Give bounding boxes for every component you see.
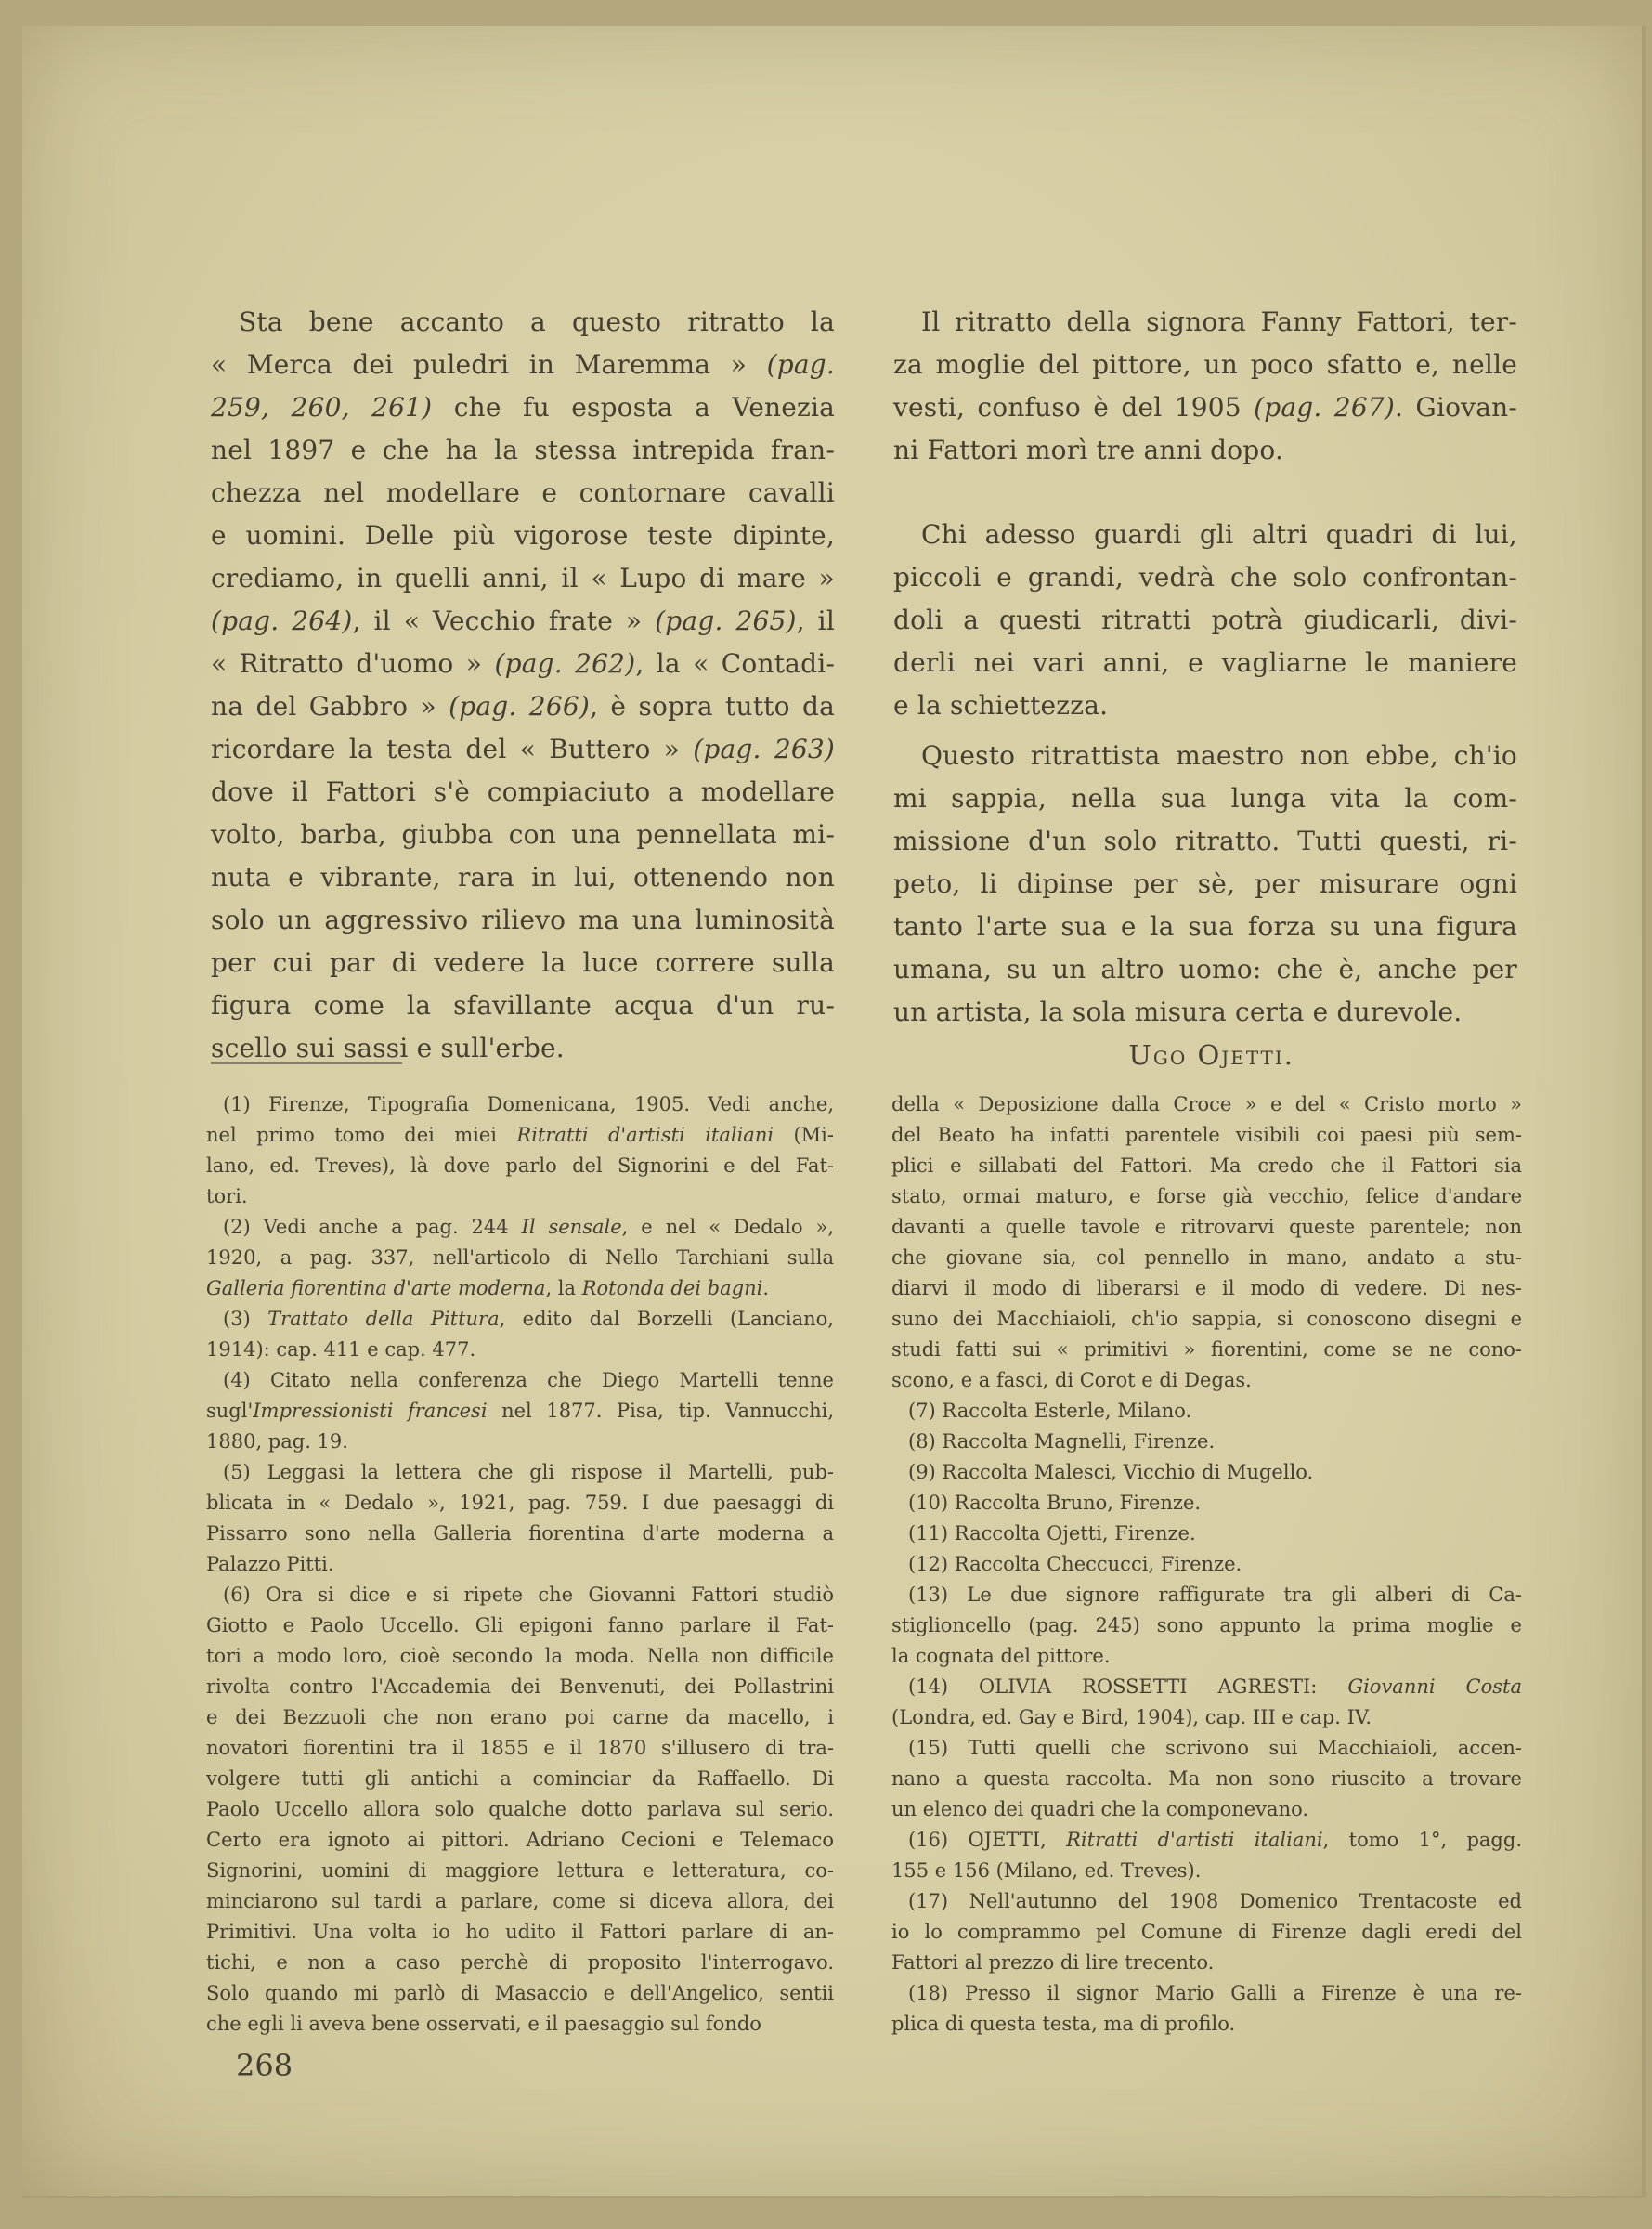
paragraph: Sta bene accanto a questo ritratto la« M… [211,301,835,1070]
scanned-book-page: { "page_number": "268", "colors": { "pap… [0,0,1652,2229]
text-line: peto, li dipinse per sè, per misurare og… [893,863,1517,906]
text-line: novatori fiorentini tra il 1855 e il 187… [206,1733,834,1764]
text-line: volto, barba, giubba con una pennellata … [211,814,835,856]
paragraph: (3) Trattato della Pittura, edito dal Bo… [206,1304,834,1365]
paragraph: Chi adesso guardi gli altri quadri di lu… [893,514,1517,727]
paragraph: (1) Firenze, Tipografia Domenicana, 1905… [206,1089,834,1212]
text-line: la cognata del pittore. [891,1641,1522,1672]
paragraph: della « Deposizione dalla Croce » e del … [891,1089,1522,1396]
text-line: lano, ed. Treves), là dove parlo del Sig… [206,1151,834,1181]
text-line: tori. [206,1181,834,1212]
text-line: « Ritratto d'uomo » (pag. 262), la « Con… [211,643,835,685]
left-column-footnotes: (1) Firenze, Tipografia Domenicana, 1905… [206,1089,834,2040]
text-line: del Beato ha infatti parentele visibili … [891,1120,1522,1151]
text-line: un elenco dei quadri che la componevano. [891,1794,1522,1825]
text-line: Sta bene accanto a questo ritratto la [211,301,835,344]
text-line: 1914): cap. 411 e cap. 477. [206,1335,834,1365]
text-line: Pissarro sono nella Galleria fiorentina … [206,1519,834,1549]
text-line: tichi, e non a caso perchè di proposito … [206,1948,834,1978]
text-line: Paolo Uccello allora solo qualche dotto … [206,1794,834,1825]
author-signature: Ugo Ojetti. [893,1034,1517,1076]
text-line: ricordare la testa del « Buttero » (pag.… [211,728,835,771]
text-line: (6) Ora si dice e si ripete che Giovanni… [206,1580,834,1610]
text-line: rivolta contro l'Accademia dei Benvenuti… [206,1672,834,1702]
text-line: (pag. 264), il « Vecchio frate » (pag. 2… [211,600,835,643]
text-line: nano a questa raccolta. Ma non sono rius… [891,1764,1522,1794]
paragraph: (17) Nell'autunno del 1908 Domenico Tren… [891,1886,1522,1978]
text-line: (3) Trattato della Pittura, edito dal Bo… [206,1304,834,1335]
text-line: chezza nel modellare e contornare cavall… [211,472,835,515]
paragraph: (10) Raccolta Bruno, Firenze. [891,1488,1522,1519]
text-line: diarvi il modo di liberarsi e il modo di… [891,1273,1522,1304]
text-line: per cui par di vedere la luce correre su… [211,942,835,984]
text-line: figura come la sfavillante acqua d'un ru… [211,984,835,1027]
text-line: della « Deposizione dalla Croce » e del … [891,1089,1522,1120]
text-line: davanti a quelle tavole e ritrovarvi que… [891,1212,1522,1243]
text-line: « Merca dei puledri in Maremma » (pag. [211,344,835,386]
text-line: tanto l'arte sua e la sua forza su una f… [893,906,1517,948]
text-line: umana, su un altro uomo: che è, anche pe… [893,948,1517,991]
text-line: na del Gabbro » (pag. 266), è sopra tutt… [211,685,835,728]
text-line: Questo ritrattista maestro non ebbe, ch'… [893,735,1517,777]
text-line: un artista, la sola misura certa e durev… [893,991,1517,1034]
text-line: solo un aggressivo rilievo ma una lumino… [211,899,835,942]
text-line: (9) Raccolta Malesci, Vicchio di Mugello… [891,1457,1522,1488]
text-line: tori a modo loro, cioè secondo la moda. … [206,1641,834,1672]
text-line: scono, e a fasci, di Corot e di Degas. [891,1365,1522,1396]
text-line: (17) Nell'autunno del 1908 Domenico Tren… [891,1886,1522,1917]
text-line: ni Fattori morì tre anni dopo. [893,429,1517,472]
text-line: (1) Firenze, Tipografia Domenicana, 1905… [206,1089,834,1120]
page-paper: Sta bene accanto a questo ritratto la« M… [22,26,1646,2198]
text-line: (7) Raccolta Esterle, Milano. [891,1396,1522,1427]
paragraph: (15) Tutti quelli che scrivono sui Macch… [891,1733,1522,1825]
text-line: Signorini, uomini di maggiore lettura e … [206,1856,834,1886]
text-line: crediamo, in quelli anni, il « Lupo di m… [211,557,835,600]
text-line: Palazzo Pitti. [206,1549,834,1580]
paragraph: (13) Le due signore raffigurate tra gli … [891,1580,1522,1672]
text-line: plica di questa testa, ma di profilo. [891,2009,1522,2040]
paragraph: (14) OLIVIA ROSSETTI AGRESTI: Giovanni C… [891,1672,1522,1733]
text-line: (5) Leggasi la lettera che gli rispose i… [206,1457,834,1488]
text-line: Galleria fiorentina d'arte moderna, la R… [206,1273,834,1304]
text-line: Certo era ignoto ai pittori. Adriano Cec… [206,1825,834,1856]
text-line: stato, ormai maturo, e forse già vecchio… [891,1181,1522,1212]
text-line: che egli li aveva bene osservati, e il p… [206,2009,834,2040]
text-line: (18) Presso il signor Mario Galli a Fire… [891,1978,1522,2009]
text-line: za moglie del pittore, un poco sfatto e,… [893,344,1517,386]
paragraph: (5) Leggasi la lettera che gli rispose i… [206,1457,834,1580]
text-line: e la schiettezza. [893,684,1517,727]
text-line: Chi adesso guardi gli altri quadri di lu… [893,514,1517,556]
text-line: (2) Vedi anche a pag. 244 Il sensale, e … [206,1212,834,1243]
text-line: (11) Raccolta Ojetti, Firenze. [891,1519,1522,1549]
text-line: Primitivi. Una volta io ho udito il Fatt… [206,1917,834,1948]
paragraph: (8) Raccolta Magnelli, Firenze. [891,1427,1522,1457]
text-line: Solo quando mi parlò di Masaccio e dell'… [206,1978,834,2009]
text-line: (12) Raccolta Checcucci, Firenze. [891,1549,1522,1580]
text-line: (8) Raccolta Magnelli, Firenze. [891,1427,1522,1457]
text-line: io lo comprammo pel Comune di Firenze da… [891,1917,1522,1948]
text-line: nel primo tomo dei miei Ritratti d'artis… [206,1120,834,1151]
text-line: blicata in « Dedalo », 1921, pag. 759. I… [206,1488,834,1519]
paragraph: (18) Presso il signor Mario Galli a Fire… [891,1978,1522,2040]
text-line: che giovane sia, col pennello in mano, a… [891,1243,1522,1273]
text-line: (14) OLIVIA ROSSETTI AGRESTI: Giovanni C… [891,1672,1522,1702]
text-line: 259, 260, 261) che fu esposta a Venezia [211,386,835,429]
paragraph: Questo ritrattista maestro non ebbe, ch'… [893,735,1517,1034]
paragraph: Il ritratto della signora Fanny Fattori,… [893,301,1517,472]
text-line: mi sappia, nella sua lunga vita la com- [893,777,1517,820]
page-number: 268 [236,2047,293,2084]
text-line: (16) OJETTI, Ritratti d'artisti italiani… [891,1825,1522,1856]
paragraph: (16) OJETTI, Ritratti d'artisti italiani… [891,1825,1522,1886]
right-column-main-text: Il ritratto della signora Fanny Fattori,… [893,301,1517,1034]
paragraph: (7) Raccolta Esterle, Milano. [891,1396,1522,1427]
text-line: Giotto e Paolo Uccello. Gli epigoni fann… [206,1610,834,1641]
text-line: dove il Fattori s'è compiaciuto a modell… [211,771,835,814]
text-line: doli a questi ritratti potrà giudicarli,… [893,599,1517,642]
text-line: piccoli e grandi, vedrà che solo confron… [893,556,1517,599]
text-line: sugl'Impressionisti francesi nel 1877. P… [206,1396,834,1427]
text-line: missione d'un solo ritratto. Tutti quest… [893,820,1517,863]
text-line: studi fatti sui « primitivi » fiorentini… [891,1335,1522,1365]
text-line: plici e sillabati del Fattori. Ma credo … [891,1151,1522,1181]
text-line: nel 1897 e che ha la stessa intrepida fr… [211,429,835,472]
text-line: 155 e 156 (Milano, ed. Treves). [891,1856,1522,1886]
text-line: e uomini. Delle più vigorose teste dipin… [211,515,835,557]
text-line: Il ritratto della signora Fanny Fattori,… [893,301,1517,344]
paragraph: (11) Raccolta Ojetti, Firenze. [891,1519,1522,1549]
text-line: Fattori al prezzo di lire trecento. [891,1948,1522,1978]
text-line: (15) Tutti quelli che scrivono sui Macch… [891,1733,1522,1764]
paragraph: (12) Raccolta Checcucci, Firenze. [891,1549,1522,1580]
text-line: nuta e vibrante, rara in lui, ottenendo … [211,856,835,899]
text-line: 1920, a pag. 337, nell'articolo di Nello… [206,1243,834,1273]
paragraph: (6) Ora si dice e si ripete che Giovanni… [206,1580,834,2040]
left-column-main-text: Sta bene accanto a questo ritratto la« M… [211,301,835,1070]
text-line: suno dei Macchiaioli, ch'io sappia, si c… [891,1304,1522,1335]
paragraph: (4) Citato nella conferenza che Diego Ma… [206,1365,834,1457]
text-line: derli nei vari anni, e vagliarne le mani… [893,642,1517,684]
text-line: 1880, pag. 19. [206,1427,834,1457]
text-line: vesti, confuso è del 1905 (pag. 267). Gi… [893,386,1517,429]
text-line: minciarono sul tardi a parlare, come si … [206,1886,834,1917]
text-line: e dei Bezzuoli che non erano poi carne d… [206,1702,834,1733]
text-line: (10) Raccolta Bruno, Firenze. [891,1488,1522,1519]
text-line: (13) Le due signore raffigurate tra gli … [891,1580,1522,1610]
text-line: volgere tutti gli antichi a cominciar da… [206,1764,834,1794]
text-line: (4) Citato nella conferenza che Diego Ma… [206,1365,834,1396]
footnote-separator-rule [211,1062,402,1064]
paragraph: (2) Vedi anche a pag. 244 Il sensale, e … [206,1212,834,1304]
paragraph: (9) Raccolta Malesci, Vicchio di Mugello… [891,1457,1522,1488]
right-column-footnotes: della « Deposizione dalla Croce » e del … [891,1089,1522,2040]
text-line: (Londra, ed. Gay e Bird, 1904), cap. III… [891,1702,1522,1733]
text-line: stiglioncello (pag. 245) sono appunto la… [891,1610,1522,1641]
